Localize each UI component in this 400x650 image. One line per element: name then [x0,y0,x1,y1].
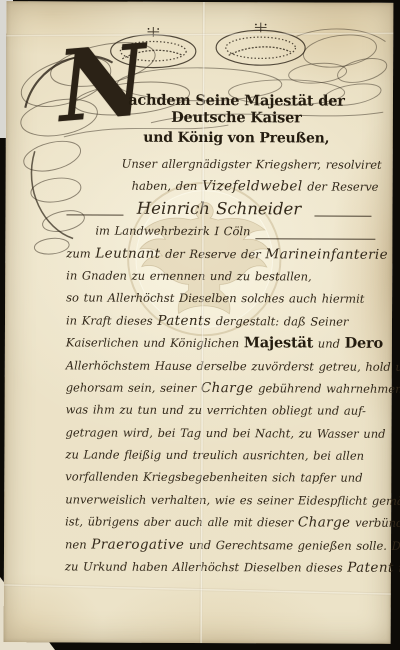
header-title-line-1: achdem Seine Majestät der Deutsche Kaise… [92,92,381,127]
text-segment: vorfallenden Kriegsbegebenheiten sich ta… [65,470,362,485]
patent-document-paper: N achdem Seine Majestät der Deutsche Kai… [4,1,394,644]
text-segment: verbünde- [350,516,400,530]
text-segment: Patent [347,560,394,576]
text-segment: mit [394,561,400,575]
text-segment: in Kraft dieses [66,313,157,327]
text-segment: ist, übrigens aber auch alle mit dieser [65,515,298,530]
text-segment: in Gnaden zu ernennen und zu bestallen, [66,268,312,283]
document-body: Unser allergnädigster Kriegsherr, resolv… [56,152,381,579]
document-header: achdem Seine Majestät der Deutsche Kaise… [92,92,381,147]
document-text-line: zu Lande fleißig und treulich ausrichten… [56,443,379,467]
text-segment: und [313,337,345,351]
text-segment: Vizefeldwebel [202,178,303,194]
document-text-line: Unser allergnädigster Kriegsherr, resolv… [58,152,381,176]
text-segment: Unser allergnädigster Kriegsherr, resolv… [122,157,382,172]
document-text-line: Kaiserlichen und Königlichen Majestät un… [57,332,380,356]
text-segment: zu Urkund haben Allerhöchst Dieselben di… [65,559,347,574]
text-segment: haben, den [132,179,202,193]
text-segment: Allerhöchstem Hause derselbe zuvörderst … [66,358,400,374]
document-text-line: in Kraft dieses Patents dergestalt: daß … [57,309,380,333]
text-segment: nen [65,537,91,551]
text-segment: unverweislich verhalten, wie es seiner E… [65,492,400,508]
document-text-line: so tun Allerhöchst Dieselben solches auc… [57,287,380,311]
blank-rule-line [314,216,371,217]
recipient-name-line: Heinrich Schneider [57,197,380,221]
document-text-line: im Landwehrbezirk I Cöln [57,220,380,244]
text-segment: Praerogative [91,536,184,552]
document-text-line: zu Urkund haben Allerhöchst Dieselben di… [56,555,379,579]
text-segment: so tun Allerhöchst Dieselben solches auc… [66,291,364,306]
text-segment: Charge [298,515,351,531]
text-segment: Leutnant [95,245,160,261]
text-segment: zum [66,246,95,260]
document-text-line: was ihm zu tun und zu verrichten obliegt… [57,399,380,423]
blank-rule-line [255,238,375,240]
text-segment: der Reserve [303,180,379,194]
text-segment: Kaiserlichen und Königlichen [66,336,244,351]
text-segment: der Reserve der [160,246,265,260]
text-segment: gebührend wahrnehmen, [253,381,400,396]
text-segment: und Gerechtsame genießen solle. Des [184,538,400,553]
text-segment: gehorsam sein, seiner [66,380,201,395]
text-segment: Majestät [244,334,313,351]
document-text-line: nen Praerogative und Gerechtsame genieße… [56,533,379,557]
text-segment: dergestalt: daß Seiner [211,314,348,329]
text-segment: im Landwehrbezirk I Cöln [95,220,250,243]
document-text-line: gehorsam sein, seiner Charge gebührend w… [57,376,380,400]
photographed-patent-document: N achdem Seine Majestät der Deutsche Kai… [0,0,400,650]
document-text-line: Allerhöchstem Hause derselbe zuvörderst … [57,354,380,378]
document-text-line: ist, übrigens aber auch alle mit dieser … [56,511,379,535]
text-segment: Charge [201,380,254,396]
text-segment: getragen wird, bei Tag und bei Nacht, zu… [65,425,385,440]
blank-rule-line [66,215,123,216]
document-text-line: haben, den Vizefeldwebel der Reserve [58,175,381,199]
text-segment: Heinrich Schneider [129,197,309,220]
text-segment: Marineinfanterie [265,246,388,263]
text-segment: Dero [345,335,383,352]
document-text-line: vorfallenden Kriegsbegebenheiten sich ta… [56,466,379,490]
document-text-line: zum Leutnant der Reserve der Marineinfan… [57,242,380,266]
horizontal-crease-bottom [4,583,391,595]
text-segment: zu Lande fleißig und treulich ausrichten… [65,447,364,462]
document-text-line: unverweislich verhalten, wie es seiner E… [56,488,379,512]
header-title-line-2: und König von Preußen, [92,130,381,147]
document-text-line: in Gnaden zu ernennen und zu bestallen, [57,264,380,288]
text-segment: was ihm zu tun und zu verrichten obliegt… [66,403,366,418]
document-text-line: getragen wird, bei Tag und bei Nacht, zu… [56,421,379,445]
